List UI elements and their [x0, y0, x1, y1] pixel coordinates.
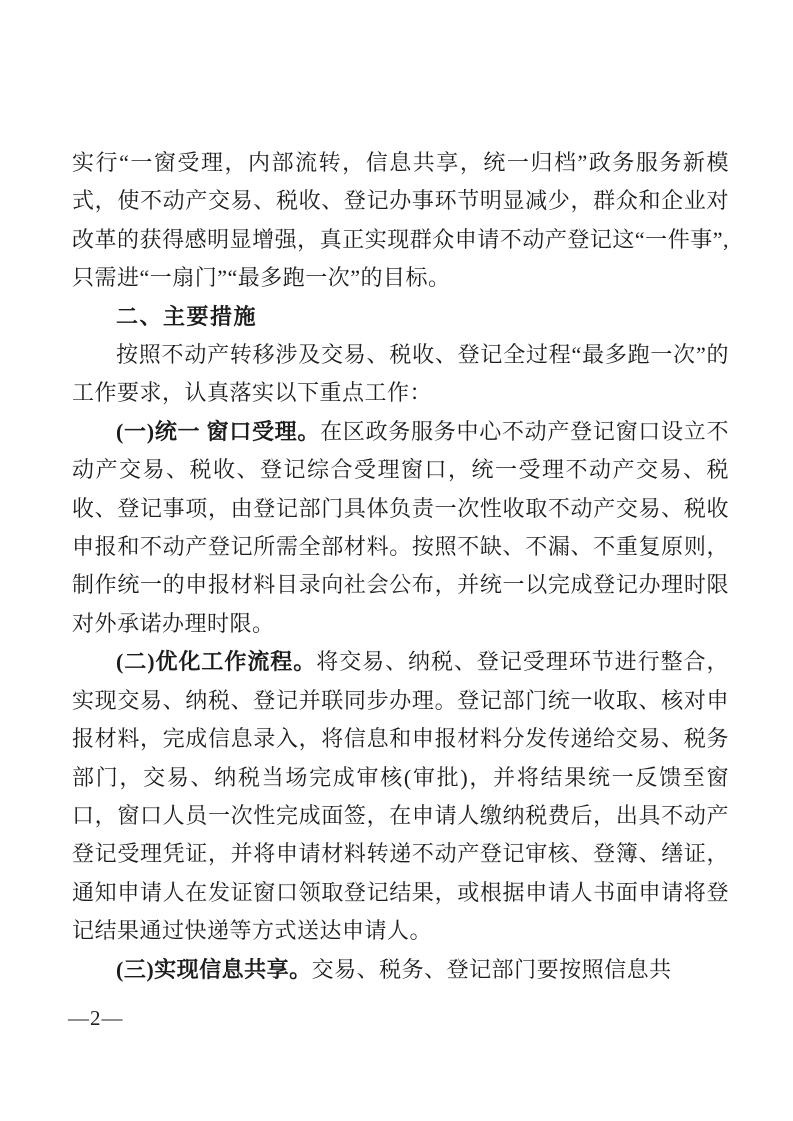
measure-1-text: 在区政务服务中心不动产登记窗口设立不动产交易、税收、登记综合受理窗口，统一受理不… — [72, 419, 729, 636]
measure-3-text: 交易、税务、登记部门要按照信息共 — [312, 957, 672, 982]
measure-2-title: (二)优化工作流程。 — [116, 649, 316, 674]
measure-1-title: (一)统一 窗口受理。 — [116, 419, 320, 444]
section-heading-main-measures: 二、主要措施 — [72, 298, 729, 336]
document-body: 实行“一窗受理，内部流转，信息共享，统一归档”政务服务新模式，使不动产交易、税收… — [72, 144, 729, 989]
paragraph-overview: 按照不动产转移涉及交易、税收、登记全过程“最多跑一次”的工作要求，认真落实以下重… — [72, 336, 729, 413]
paragraph-measure-3: (三)实现信息共享。交易、税务、登记部门要按照信息共 — [72, 951, 729, 989]
document-page: 实行“一窗受理，内部流转，信息共享，统一归档”政务服务新模式，使不动产交易、税收… — [0, 0, 793, 1121]
paragraph-intro-continuation: 实行“一窗受理，内部流转，信息共享，统一归档”政务服务新模式，使不动产交易、税收… — [72, 144, 729, 298]
page-number: —2— — [68, 1006, 124, 1031]
measure-2-text: 将交易、纳税、登记受理环节进行整合，实现交易、纳税、登记并联同步办理。登记部门统… — [72, 649, 729, 943]
paragraph-measure-2: (二)优化工作流程。将交易、纳税、登记受理环节进行整合，实现交易、纳税、登记并联… — [72, 643, 729, 950]
measure-3-title: (三)实现信息共享。 — [116, 957, 312, 982]
paragraph-measure-1: (一)统一 窗口受理。在区政务服务中心不动产登记窗口设立不动产交易、税收、登记综… — [72, 413, 729, 643]
